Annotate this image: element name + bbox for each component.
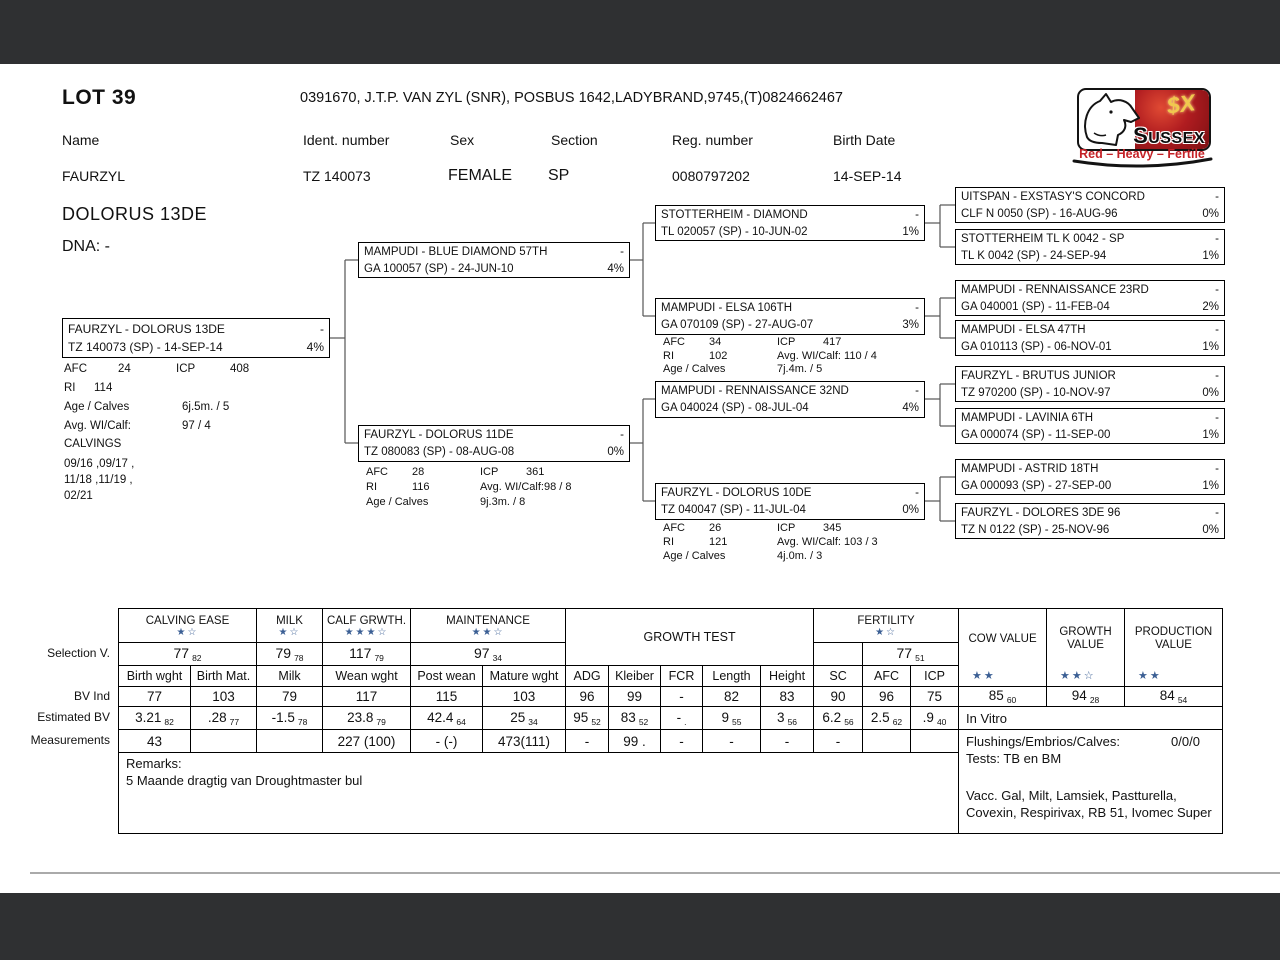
subject-reg: TZ 140073 (SP) - 14-SEP-14: [68, 338, 223, 356]
pedigree-gen3-box-4: FAURZYL - DOLORUS 10DE- TZ 040047 (SP) -…: [655, 483, 925, 520]
group-label: CALVING EASE: [119, 613, 256, 627]
icp-label: ICP: [777, 521, 823, 535]
subheader-birth-wght: Birth wght: [119, 666, 191, 687]
dash: -: [915, 300, 919, 317]
inbreeding-pct: 1%: [1202, 339, 1219, 356]
age-calves-value: 4j.0m. / 3: [777, 549, 822, 563]
subheader-fcr: FCR: [661, 666, 703, 687]
icp-value: 417: [823, 336, 841, 350]
ri-label: RI: [64, 379, 94, 398]
row-label-bv-ind: BV Ind: [0, 689, 110, 703]
inbreeding-pct: 0%: [1202, 385, 1219, 402]
bvind-cell: 103: [483, 687, 566, 707]
accuracy: 78: [291, 653, 303, 663]
accuracy: 56: [841, 717, 853, 727]
pedigree-gen4-box-2: STOTTERHEIM TL K 0042 - SP- TL K 0042 (S…: [955, 229, 1225, 265]
pedigree-gen3-box-3: MAMPUDI - RENNAISSANCE 32ND- GA 040024 (…: [655, 381, 925, 418]
ebv-cell: 6.256: [814, 707, 863, 730]
value: 85: [989, 688, 1004, 703]
afc-label: AFC: [366, 465, 412, 480]
ri-value: 116: [412, 480, 480, 495]
value: 3: [777, 710, 785, 725]
dash: -: [1215, 189, 1219, 206]
value: 23.8: [347, 710, 373, 725]
selection-calving-ease: 7782: [119, 643, 257, 666]
afc-value: 26: [709, 521, 777, 535]
ancestor-reg: GA 070109 (SP) - 27-AUG-07: [661, 317, 813, 334]
value: 2.5: [871, 710, 890, 725]
ancestor-name: STOTTERHEIM TL K 0042 - SP: [961, 231, 1124, 248]
selection-value: 79: [275, 645, 291, 661]
age-calves-value: 6j.5m. / 5: [182, 398, 229, 417]
ancestor-name: MAMPUDI - RENNAISSANCE 23RD: [961, 282, 1149, 299]
inbreeding-pct: 1%: [902, 224, 919, 241]
pedigree-sire-box: MAMPUDI - BLUE DIAMOND 57TH- GA 100057 (…: [358, 242, 630, 278]
measurement-cell: -: [661, 730, 703, 753]
inbreeding-pct: 1%: [1202, 248, 1219, 265]
accuracy: 79: [371, 653, 383, 663]
value: -1.5: [272, 710, 295, 725]
star-rating: ★★☆: [1047, 669, 1124, 686]
measurement-cell: [257, 730, 323, 753]
selection-value: 77: [173, 645, 189, 661]
age-calves-label: Age / Calves: [64, 398, 182, 417]
icp-label: ICP: [480, 465, 526, 480]
calvings-heading: CALVINGS: [64, 438, 121, 450]
icp-label: ICP: [176, 360, 230, 379]
bvind-cell: 99: [609, 687, 661, 707]
age-calves-label: Age / Calves: [663, 549, 777, 563]
value: 84: [1160, 688, 1175, 703]
selection-value: 97: [474, 645, 490, 661]
dash: -: [915, 207, 919, 224]
ancestor-name: MAMPUDI - RENNAISSANCE 32ND: [661, 383, 849, 400]
selection-milk: 7978: [257, 643, 323, 666]
dash: -: [1215, 461, 1219, 478]
value: 6.2: [822, 710, 841, 725]
star-rating: ★☆: [814, 627, 958, 639]
subheader-milk: Milk: [257, 666, 323, 687]
dam-name: FAURZYL - DOLORUS 11DE: [364, 427, 514, 444]
dash: -: [1215, 282, 1219, 299]
dash: -: [1215, 505, 1219, 522]
ancestor-name: MAMPUDI - ELSA 106TH: [661, 300, 792, 317]
footer-separator: [30, 872, 1280, 874]
group-calving-ease: CALVING EASE★☆: [119, 609, 257, 643]
flushings-block: Flushings/Embrios/Calves:0/0/0 Tests: TB…: [959, 730, 1223, 834]
selection-sc-empty: [814, 643, 863, 666]
accuracy: 28: [1087, 695, 1099, 705]
row-label-estimated-bv: Estimated BV: [0, 710, 110, 724]
accuracy: .: [681, 717, 686, 727]
measurement-cell: [191, 730, 257, 753]
group-label: FERTILITY: [814, 613, 958, 627]
accuracy: 51: [912, 653, 924, 663]
afc-label: AFC: [64, 360, 118, 379]
ancestor-name: MAMPUDI - ELSA 47TH: [961, 322, 1086, 339]
pedigree-gen4-box-1: UITSPAN - EXSTASY'S CONCORD- CLF N 0050 …: [955, 187, 1225, 223]
dam-reg: TZ 080083 (SP) - 08-AUG-08: [364, 444, 514, 461]
inbreeding-pct: 1%: [1202, 427, 1219, 444]
icp-value: 361: [526, 465, 544, 480]
accuracy: 52: [588, 717, 600, 727]
ancestor-reg: GA 010113 (SP) - 06-NOV-01: [961, 339, 1112, 356]
remarks-cell: Remarks: 5 Maande dragtig van Droughtmas…: [119, 753, 959, 834]
ancestor-reg: TL K 0042 (SP) - 24-SEP-94: [961, 248, 1106, 265]
ancestor-reg: GA 040024 (SP) - 08-JUL-04: [661, 400, 809, 417]
measurement-cell: -: [814, 730, 863, 753]
dash: -: [915, 383, 919, 400]
ancestor-reg: GA 000074 (SP) - 11-SEP-00: [961, 427, 1110, 444]
pedigree-gen4-box-8: FAURZYL - DOLORES 3DE 96- TZ N 0122 (SP)…: [955, 503, 1225, 539]
accuracy: 82: [189, 653, 201, 663]
star-rating: ★★☆: [411, 627, 565, 639]
value: 42.4: [427, 710, 453, 725]
ancestor-name: FAURZYL - DOLORES 3DE 96: [961, 505, 1120, 522]
gen3-elsa-stats: AFC34ICP417 RI102Avg. WI/Calf: 110 / 4 A…: [663, 336, 877, 377]
row-label-measurements: Measurements: [0, 733, 110, 747]
bvind-cell: 117: [323, 687, 411, 707]
ebv-cell: -1.578: [257, 707, 323, 730]
subject-name: FAURZYL - DOLORUS 13DE: [68, 320, 225, 338]
dash: -: [1215, 322, 1219, 339]
dash: -: [1215, 231, 1219, 248]
vacc-line: Covexin, Respirivax, RB 51, Ivomec Super: [966, 804, 1215, 821]
subheader-height: Height: [761, 666, 814, 687]
accuracy: 82: [161, 717, 173, 727]
ancestor-reg: CLF N 0050 (SP) - 16-AUG-96: [961, 206, 1118, 223]
subheader-adg: ADG: [566, 666, 609, 687]
bvind-cell: 75: [911, 687, 959, 707]
bvind-cell: 96: [863, 687, 911, 707]
col-production-value: PRODUCTION VALUE★★: [1125, 609, 1223, 687]
accuracy: 55: [729, 717, 741, 727]
pedigree-dam-box: FAURZYL - DOLORUS 11DE- TZ 080083 (SP) -…: [358, 425, 630, 462]
inbreeding-pct: 3%: [902, 317, 919, 334]
ancestor-name: MAMPUDI - LAVINIA 6TH: [961, 410, 1093, 427]
icp-value: 408: [230, 360, 249, 379]
ebv-cell: 2534: [483, 707, 566, 730]
ancestor-reg: TZ 040047 (SP) - 11-JUL-04: [661, 502, 806, 519]
dash: -: [620, 427, 624, 444]
dash: -: [915, 485, 919, 502]
value: 94: [1072, 688, 1087, 703]
ancestor-name: UITSPAN - EXSTASY'S CONCORD: [961, 189, 1145, 206]
value-col-label: COW VALUE: [959, 610, 1046, 669]
measurement-cell: -: [703, 730, 761, 753]
measurement-cell: [863, 730, 911, 753]
value: 9: [722, 710, 730, 725]
sire-reg: GA 100057 (SP) - 24-JUN-10: [364, 261, 514, 278]
subheader-kleiber: Kleiber: [609, 666, 661, 687]
ebv-cell: 9552: [566, 707, 609, 730]
value: 25: [510, 710, 525, 725]
pedigree-gen4-box-4: MAMPUDI - ELSA 47TH- GA 010113 (SP) - 06…: [955, 320, 1225, 356]
ancestor-reg: TZ N 0122 (SP) - 25-NOV-96: [961, 522, 1109, 539]
bvind-cell: 96: [566, 687, 609, 707]
inbreeding-pct: 1%: [1202, 478, 1219, 495]
age-calves-value: 7j.4m. / 5: [777, 363, 822, 377]
subject-dash: -: [320, 320, 324, 338]
pedigree-gen3-box-1: STOTTERHEIM - DIAMOND- TL 020057 (SP) - …: [655, 205, 925, 241]
ancestor-reg: GA 040001 (SP) - 11-FEB-04: [961, 299, 1110, 316]
accuracy: 34: [490, 653, 502, 663]
ancestor-name: MAMPUDI - ASTRID 18TH: [961, 461, 1098, 478]
bvind-cell: 82: [703, 687, 761, 707]
inbreeding-pct: 0%: [1202, 206, 1219, 223]
subheader-afc: AFC: [863, 666, 911, 687]
col-cow-value: COW VALUE★★: [959, 609, 1047, 687]
accuracy: 54: [1175, 695, 1187, 705]
star-rating: ★★★☆: [323, 627, 410, 639]
group-growth-test: GROWTH TEST: [566, 609, 814, 666]
value: .28: [208, 710, 227, 725]
pedigree-gen4-box-5: FAURZYL - BRUTUS JUNIOR- TZ 970200 (SP) …: [955, 366, 1225, 402]
ancestor-reg: TZ 970200 (SP) - 10-NOV-97: [961, 385, 1111, 402]
value: .9: [923, 710, 934, 725]
growth-value-score: 9428: [1047, 687, 1125, 707]
bvind-cell: 77: [119, 687, 191, 707]
dam-inbreeding-pct: 0%: [607, 444, 624, 461]
bottom-bar: [0, 893, 1280, 960]
afc-value: 34: [709, 336, 777, 350]
inbreeding-pct: 0%: [902, 502, 919, 519]
accuracy: 34: [525, 717, 537, 727]
ebv-cell: -.: [661, 707, 703, 730]
vacc-line: Vacc. Gal, Milt, Lamsiek, Pastturella,: [966, 787, 1215, 804]
measurement-cell: 43: [119, 730, 191, 753]
ri-value: 102: [709, 350, 777, 364]
in-vitro-cell: In Vitro: [959, 707, 1223, 730]
star-rating: ★☆: [257, 627, 322, 639]
bvind-cell: 79: [257, 687, 323, 707]
accuracy: 56: [785, 717, 797, 727]
avg-wi-calf: Avg. WI/Calf: 110 / 4: [777, 350, 877, 364]
group-label: CALF GRWTH.: [323, 613, 410, 627]
avg-wi-calf: Avg. WI/Calf:98 / 8: [480, 480, 572, 495]
calvings-line: 09/16 ,09/17 ,: [64, 456, 134, 472]
ancestor-name: FAURZYL - BRUTUS JUNIOR: [961, 368, 1116, 385]
row-label-selection-v: Selection V.: [0, 646, 110, 660]
inbreeding-pct: 2%: [1202, 299, 1219, 316]
subheader-sc: SC: [814, 666, 863, 687]
accuracy: 40: [934, 717, 946, 727]
tests-line: Tests: TB en BM: [966, 750, 1215, 767]
star-rating: ★☆: [119, 627, 256, 639]
measurement-cell: 227 (100): [323, 730, 411, 753]
calvings-line: 11/18 ,11/19 ,: [64, 472, 134, 488]
subheader-mature-wght: Mature wght: [483, 666, 566, 687]
col-growth-value: GROWTH VALUE★★☆: [1047, 609, 1125, 687]
ebv-cell: 8352: [609, 707, 661, 730]
accuracy: 52: [636, 717, 648, 727]
measurement-cell: 99 .: [609, 730, 661, 753]
accuracy: 79: [373, 717, 385, 727]
measurement-cell: -: [761, 730, 814, 753]
value: 95: [573, 710, 588, 725]
ancestor-reg: GA 000093 (SP) - 27-SEP-00: [961, 478, 1111, 495]
afc-label: AFC: [663, 521, 709, 535]
sire-name: MAMPUDI - BLUE DIAMOND 57TH: [364, 244, 547, 261]
ebv-cell: 2.562: [863, 707, 911, 730]
inbreeding-pct: 0%: [1202, 522, 1219, 539]
bvind-cell: 115: [411, 687, 483, 707]
ancestor-name: FAURZYL - DOLORUS 10DE: [661, 485, 811, 502]
subheader-wean-wght: Wean wght: [323, 666, 411, 687]
vaccinations: Vacc. Gal, Milt, Lamsiek, Pastturella, C…: [966, 787, 1215, 821]
calvings-line: 02/21: [64, 488, 134, 504]
value: 83: [621, 710, 636, 725]
afc-value: 28: [412, 465, 480, 480]
pedigree-gen4-box-7: MAMPUDI - ASTRID 18TH- GA 000093 (SP) - …: [955, 459, 1225, 495]
measurement-cell: -: [566, 730, 609, 753]
ri-value: 121: [709, 535, 777, 549]
bvind-cell: 83: [761, 687, 814, 707]
star-rating: ★★: [959, 669, 1046, 686]
avg-wi-calf-value: 97 / 4: [182, 417, 211, 436]
age-calves-label: Age / Calves: [663, 363, 777, 377]
afc-value: 24: [118, 360, 176, 379]
flushings-label: Flushings/Embrios/Calves:: [966, 733, 1171, 750]
gen3-dolorus10-stats: AFC26ICP345 RI121Avg. WI/Calf: 103 / 3 A…: [663, 521, 878, 563]
bvind-cell: -: [661, 687, 703, 707]
accuracy: 62: [890, 717, 902, 727]
selection-calf-growth: 11779: [323, 643, 411, 666]
ancestor-reg: TL 020057 (SP) - 10-JUN-02: [661, 224, 808, 241]
age-calves-label: Age / Calves: [366, 495, 480, 510]
accuracy: 77: [227, 717, 239, 727]
ebv-cell: 3.2182: [119, 707, 191, 730]
ri-label: RI: [663, 350, 709, 364]
measurement-cell: [911, 730, 959, 753]
ebv-cell: 42.464: [411, 707, 483, 730]
group-fertility: FERTILITY★☆: [814, 609, 959, 643]
value-col-label: GROWTH VALUE: [1047, 610, 1124, 669]
cow-value-score: 8560: [959, 687, 1047, 707]
subheader-icp: ICP: [911, 666, 959, 687]
ebv-table: CALVING EASE★☆ MILK★☆ CALF GRWTH.★★★☆ MA…: [118, 608, 1223, 834]
ri-value: 114: [94, 379, 112, 398]
ebv-cell: .940: [911, 707, 959, 730]
production-value-score: 8454: [1125, 687, 1223, 707]
avg-wi-calf-label: Avg. WI/Calf:: [64, 417, 182, 436]
ri-label: RI: [366, 480, 412, 495]
subject-stats: AFC24ICP408 RI114 Age / Calves6j.5m. / 5…: [64, 360, 249, 436]
accuracy: 78: [295, 717, 307, 727]
value: 3.21: [135, 710, 161, 725]
avg-wi-calf: Avg. WI/Calf: 103 / 3: [777, 535, 878, 549]
value-col-label: PRODUCTION VALUE: [1125, 610, 1222, 669]
dam-stats: AFC28ICP361 RI116Avg. WI/Calf:98 / 8 Age…: [366, 465, 572, 510]
pedigree-gen3-box-2: MAMPUDI - ELSA 106TH- GA 070109 (SP) - 2…: [655, 298, 925, 335]
dash: -: [1215, 368, 1219, 385]
group-maintenance: MAINTENANCE★★☆: [411, 609, 566, 643]
bvind-cell: 90: [814, 687, 863, 707]
icp-value: 345: [823, 521, 841, 535]
pedigree-gen4-box-6: MAMPUDI - LAVINIA 6TH- GA 000074 (SP) - …: [955, 408, 1225, 444]
accuracy: 64: [453, 717, 465, 727]
age-calves-value: 9j.3m. / 8: [480, 495, 525, 510]
selection-value: 77: [897, 645, 913, 661]
icp-label: ICP: [777, 336, 823, 350]
ebv-cell: .2877: [191, 707, 257, 730]
star-rating: ★★: [1125, 669, 1222, 686]
ebv-cell: 955: [703, 707, 761, 730]
measurement-cell: - (-): [411, 730, 483, 753]
group-calf-growth: CALF GRWTH.★★★☆: [323, 609, 411, 643]
group-label: MILK: [257, 613, 322, 627]
remarks-text: 5 Maande dragtig van Droughtmaster bul: [126, 772, 951, 789]
group-label: MAINTENANCE: [411, 613, 565, 627]
ri-label: RI: [663, 535, 709, 549]
ebv-cell: 356: [761, 707, 814, 730]
dash: -: [620, 244, 624, 261]
pedigree-subject-box: FAURZYL - DOLORUS 13DE- TZ 140073 (SP) -…: [62, 318, 330, 358]
subheader-length: Length: [703, 666, 761, 687]
flushings-value: 0/0/0: [1171, 733, 1200, 750]
ancestor-name: STOTTERHEIM - DIAMOND: [661, 207, 808, 224]
inbreeding-pct: 4%: [902, 400, 919, 417]
calvings-list: 09/16 ,09/17 , 11/18 ,11/19 , 02/21: [64, 456, 134, 504]
afc-label: AFC: [663, 336, 709, 350]
sire-inbreeding-pct: 4%: [607, 261, 624, 278]
selection-fertility: 7751: [863, 643, 959, 666]
subheader-post-wean: Post wean: [411, 666, 483, 687]
dash: -: [1215, 410, 1219, 427]
selection-value: 117: [349, 645, 371, 661]
group-milk: MILK★☆: [257, 609, 323, 643]
bvind-cell: 103: [191, 687, 257, 707]
selection-maintenance: 9734: [411, 643, 566, 666]
subheader-birth-mat: Birth Mat.: [191, 666, 257, 687]
measurement-cell: 473(111): [483, 730, 566, 753]
remarks-label: Remarks:: [126, 755, 951, 772]
ebv-cell: 23.879: [323, 707, 411, 730]
accuracy: 60: [1004, 695, 1016, 705]
subject-inbreeding-pct: 4%: [307, 338, 324, 356]
pedigree-gen4-box-3: MAMPUDI - RENNAISSANCE 23RD- GA 040001 (…: [955, 280, 1225, 316]
